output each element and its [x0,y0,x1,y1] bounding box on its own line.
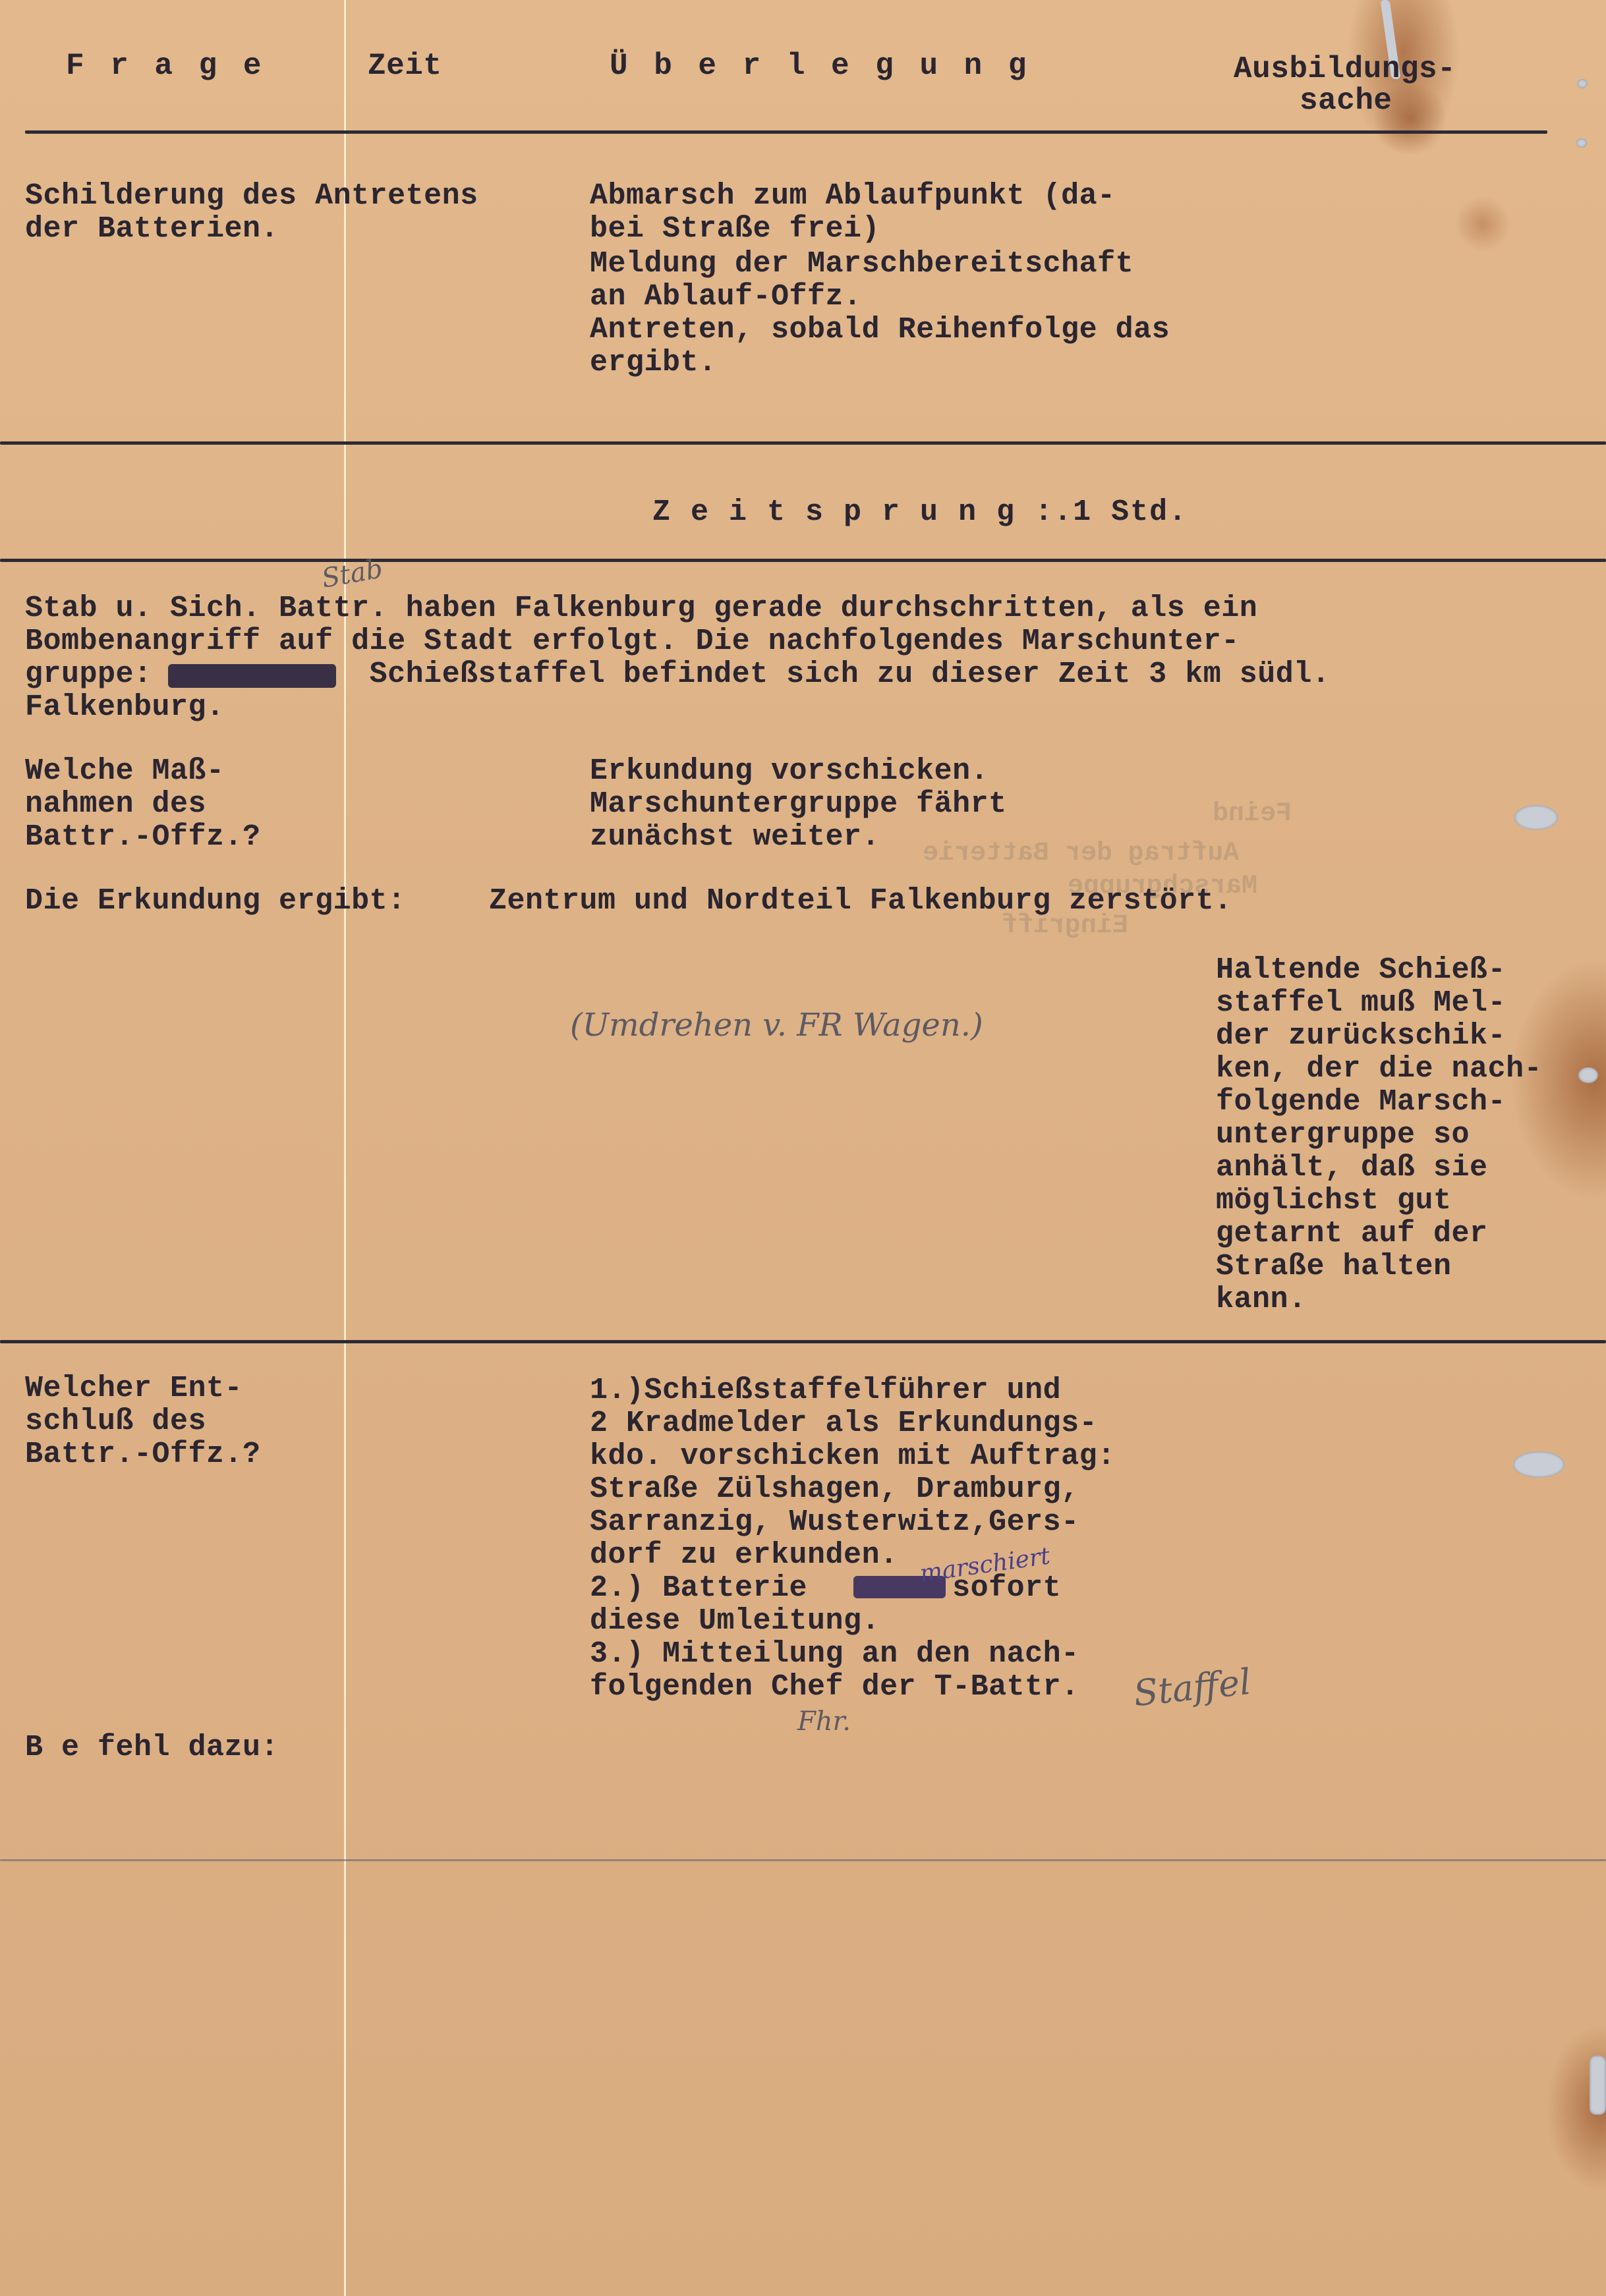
result-label: Die Erkundung ergibt: [25,884,406,918]
answer-line: folgenden Chef der T-Battr. [590,1670,1079,1704]
ausbildung-line: anhält, daß sie [1216,1151,1488,1185]
ausbildung-line: getarnt auf der [1216,1217,1488,1250]
ausbildung-line: kann. [1216,1283,1307,1316]
question-line: Battr.-Offz.? [25,1438,261,1471]
answer-line: Marschuntergruppe fährt [590,787,1007,821]
header-frage: F r a g e [66,49,265,83]
frage-schilderung: Schilderung des Antretens [25,179,478,213]
rust-hole [1590,2056,1606,2115]
rust-hole [1577,79,1588,88]
rust-hole [1576,138,1587,148]
ueberlegung-line: bei Straße frei) [590,212,880,246]
question-line: schluß des [25,1405,206,1438]
header-rule [25,130,1547,134]
ausbildung-line: möglichst gut [1216,1184,1452,1218]
ueberlegung-line: Antreten, sobald Reihenfolge das [590,313,1170,347]
answer-line: 3.) Mitteilung an den nach- [590,1637,1079,1671]
result-text: Zentrum und Nordteil Falkenburg zerstört… [489,884,1232,918]
faint-rule [0,1859,1606,1861]
ueberlegung-line: Meldung der Marschbereitschaft [590,247,1133,281]
rust-hole [1578,1067,1598,1083]
answer-line: Straße Zülshagen, Dramburg, [590,1472,1079,1506]
section-rule [0,441,1606,445]
question-line: Welche Maß- [25,754,225,788]
ausbildung-line: Straße halten [1216,1250,1452,1283]
answer-line: zunächst weiter. [590,820,880,854]
ausbildung-line: untergruppe so [1216,1118,1470,1152]
zeitsprung-heading: Z e i t s p r u n g :.1 Std. [652,495,1188,529]
punch-hole-top [1514,805,1558,830]
question-line: Welcher Ent- [25,1372,243,1405]
question-line: nahmen des [25,787,206,821]
narrative-line: Falkenburg. [25,690,225,724]
document-page: Feind Auftrag der Batterie Marschgruppe … [0,0,1606,2296]
answer-line: diese Umleitung. [590,1604,880,1638]
handwritten-note-umdrehen: (Umdrehen v. FR Wagen.) [570,1007,983,1044]
answer-line: 1.)Schießstaffelführer und [590,1374,1061,1407]
answer-line: Sarranzig, Wusterwitz,Gers- [590,1505,1079,1539]
question-line: Battr.-Offz.? [25,820,261,854]
bleedthrough-text: Auftrag der Batterie [923,837,1239,871]
ausbildung-line: folgende Marsch- [1216,1085,1506,1119]
header-ausbildung-sache: sache [1300,84,1392,118]
answer-line: Erkundung vorschicken. [590,754,989,788]
ausbildung-line: Haltende Schieß- [1216,953,1506,987]
handwritten-fhr: Fhr. [797,1706,851,1737]
header-ueberlegung: Ü b e r l e g u n g [610,49,1031,83]
header-ausbildung: Ausbildungs- [1234,53,1456,86]
ausbildung-line: ken, der die nach- [1216,1052,1542,1086]
answer-line: dorf zu erkunden. [590,1538,898,1572]
narrative-line: Stab u. Sich. Battr. haben Falkenburg ge… [25,592,1257,625]
narrative-line: Bombenangriff auf die Stadt erfolgt. Die… [25,625,1240,658]
befehl-label: B e fehl dazu: [25,1731,279,1764]
paper-fold-line [344,0,346,2296]
handwritten-staffel: Staffel [1132,1661,1253,1714]
bleedthrough-text: Feind [1213,797,1292,831]
header-zeit: Zeit [368,49,442,83]
ueberlegung-line: ergibt. [590,346,717,379]
frage-schilderung-2: der Batterien. [25,212,279,246]
ausbildung-line: staffel muß Mel- [1216,986,1506,1020]
section-rule [0,559,1606,562]
ausbildung-line: der zurückschik- [1216,1019,1506,1053]
redacted-word [168,664,336,688]
answer-line: kdo. vorschicken mit Auftrag: [590,1440,1116,1473]
section-rule [0,1340,1606,1343]
ueberlegung-line: Abmarsch zum Ablaufpunkt (da- [590,179,1116,213]
ueberlegung-line: an Ablauf-Offz. [590,280,862,314]
answer-line: 2 Kradmelder als Erkundungs- [590,1407,1097,1440]
punch-hole-bottom [1513,1451,1564,1478]
